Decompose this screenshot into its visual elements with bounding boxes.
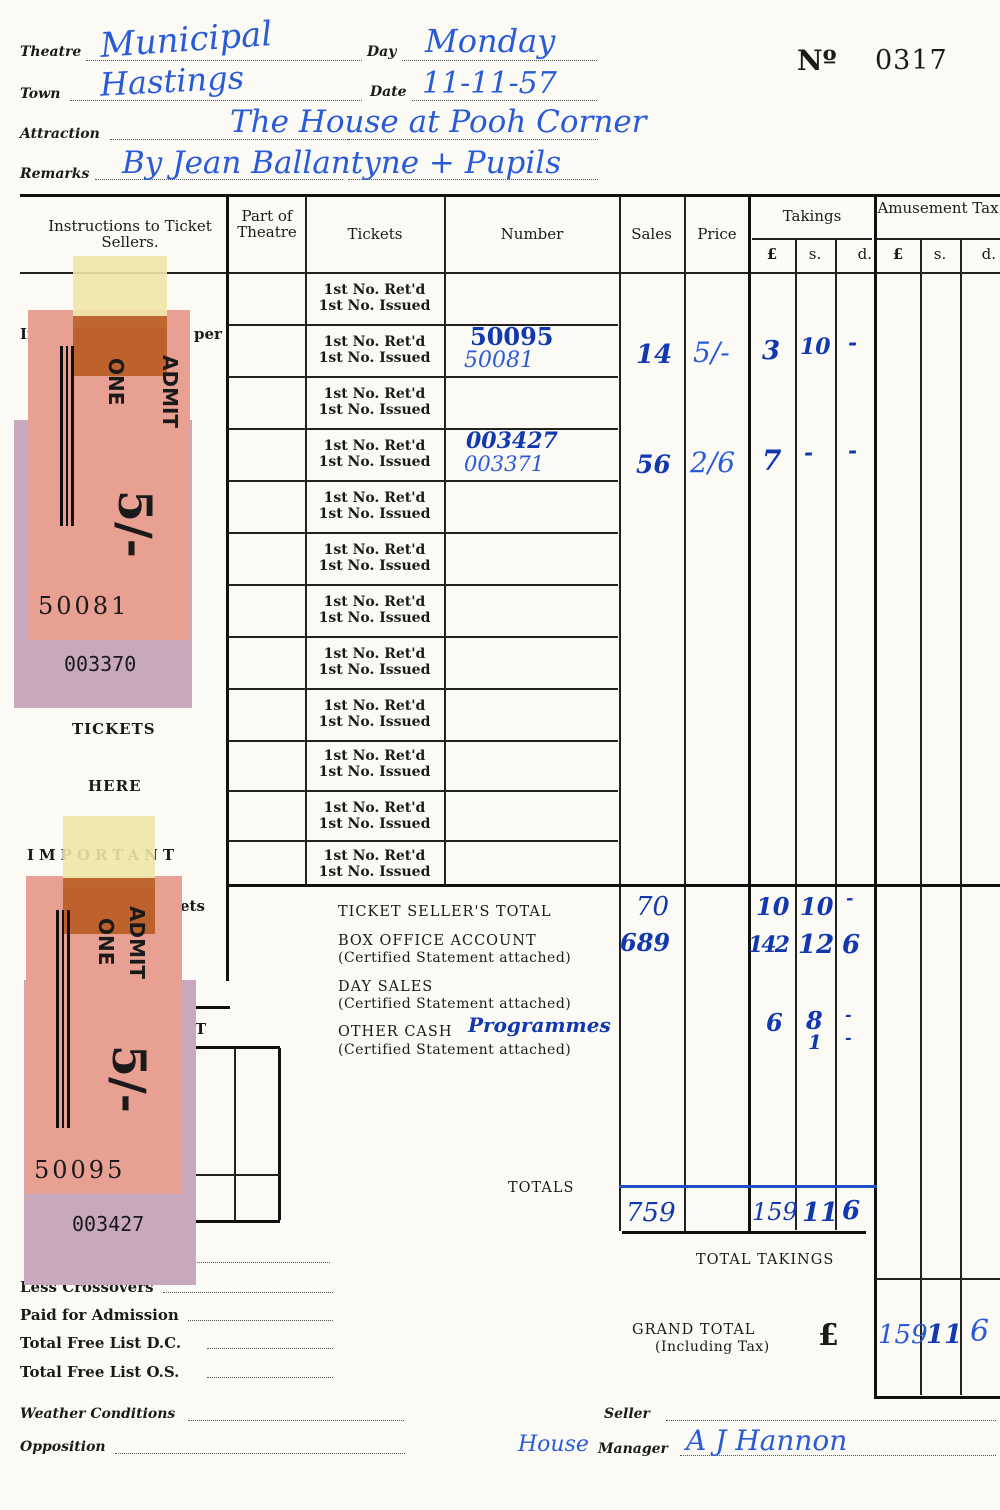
row4-issued-number: 003371 [464, 452, 544, 476]
day-value: Monday [425, 22, 555, 60]
row4-pounds: 7 [762, 444, 781, 477]
other-cash-label: OTHER CASH [338, 1024, 452, 1040]
day-sales-label: DAY SALES [338, 979, 433, 995]
ticket2-serial: 50095 [34, 1156, 125, 1184]
date-value: 11-11-57 [422, 66, 557, 101]
instructions-header: Instructions to Ticket Sellers. [40, 218, 220, 250]
attraction-value: The House at Pooh Corner [230, 104, 647, 140]
row2-sales: 14 [636, 340, 672, 370]
takings-pence-header: d. [840, 246, 872, 262]
remarks-label: Remarks [20, 166, 89, 182]
amusement-tax-header: Amusement Tax [876, 200, 1000, 216]
ticket1-one: ONE [104, 358, 128, 405]
tax-pence-header: d. [962, 246, 996, 262]
date-label: Date [370, 84, 407, 100]
row2-ret-number: 50095 [470, 322, 554, 351]
town-value: Hastings [99, 58, 245, 103]
theatre-value: Municipal [99, 14, 274, 66]
number-header: Number [446, 226, 618, 242]
attraction-label: Attraction [20, 126, 100, 142]
row4-sales: 56 [636, 450, 671, 479]
row4-shillings: - [804, 440, 813, 466]
pound-symbol: £ [818, 1318, 839, 1353]
ticket1-stub-serial: 003370 [64, 652, 136, 676]
row2-issued-number: 50081 [464, 348, 534, 373]
tax-pounds-header: £ [878, 246, 918, 262]
day-label: Day [367, 44, 396, 60]
row2-shillings: 10 [800, 334, 831, 360]
free-list-os-label: Total Free List O.S. [20, 1363, 179, 1381]
opposition-label: Opposition [20, 1439, 106, 1455]
house-handwritten: House [518, 1432, 589, 1457]
row4-pence: - [848, 438, 857, 464]
grand-total-label: GRAND TOTAL [632, 1322, 755, 1338]
row2-price: 5/- [693, 336, 730, 369]
tickets-header: Tickets [306, 226, 444, 242]
ticket2-admit: ADMIT [125, 906, 149, 979]
ticket2-one: ONE [94, 918, 118, 965]
ticket2-price: 5/- [102, 1045, 156, 1113]
row4-price: 2/6 [690, 446, 735, 479]
ticket1-price: 5/- [108, 490, 162, 558]
remarks-value: By Jean Ballantyne + Pupils [122, 145, 561, 181]
takings-pounds-header: £ [752, 246, 792, 262]
manager-label: Manager [598, 1441, 668, 1457]
form-number-prefix: Nº [797, 44, 837, 77]
paid-for-admission-label: Paid for Admission [20, 1306, 179, 1324]
row2-pounds: 3 [762, 336, 780, 366]
ticket1-serial: 50081 [38, 592, 129, 620]
row2-pence: - [848, 330, 857, 356]
box-office-label: BOX OFFICE ACCOUNT [338, 933, 537, 949]
town-label: Town [20, 86, 60, 102]
sales-header: Sales [620, 226, 683, 242]
takings-shillings-header: s. [797, 246, 833, 262]
ticket1-admit: ADMIT [158, 355, 182, 428]
form-number: 0317 [875, 45, 948, 76]
row4-ret-number: 003427 [466, 428, 558, 454]
free-list-dc-label: Total Free List D.C. [20, 1334, 181, 1352]
price-header: Price [686, 226, 748, 242]
ticket-sellers-total-label: TICKET SELLER'S TOTAL [338, 904, 552, 920]
totals-label: TOTALS [508, 1180, 574, 1196]
weather-label: Weather Conditions [20, 1406, 175, 1422]
seller-label: Seller [604, 1406, 650, 1422]
part-of-theatre-header: Part of Theatre [230, 208, 304, 240]
here-text: HERE [88, 777, 142, 795]
other-cash-note: Programmes [468, 1013, 611, 1037]
tickets-text: TICKETS [72, 720, 156, 738]
manager-signature: A J Hannon [686, 1424, 847, 1457]
tax-shillings-header: s. [922, 246, 958, 262]
ticket2-stub-serial: 003427 [72, 1212, 144, 1236]
takings-header: Takings [752, 208, 872, 224]
total-takings-label: TOTAL TAKINGS [696, 1252, 834, 1268]
theatre-label: Theatre [20, 44, 81, 60]
